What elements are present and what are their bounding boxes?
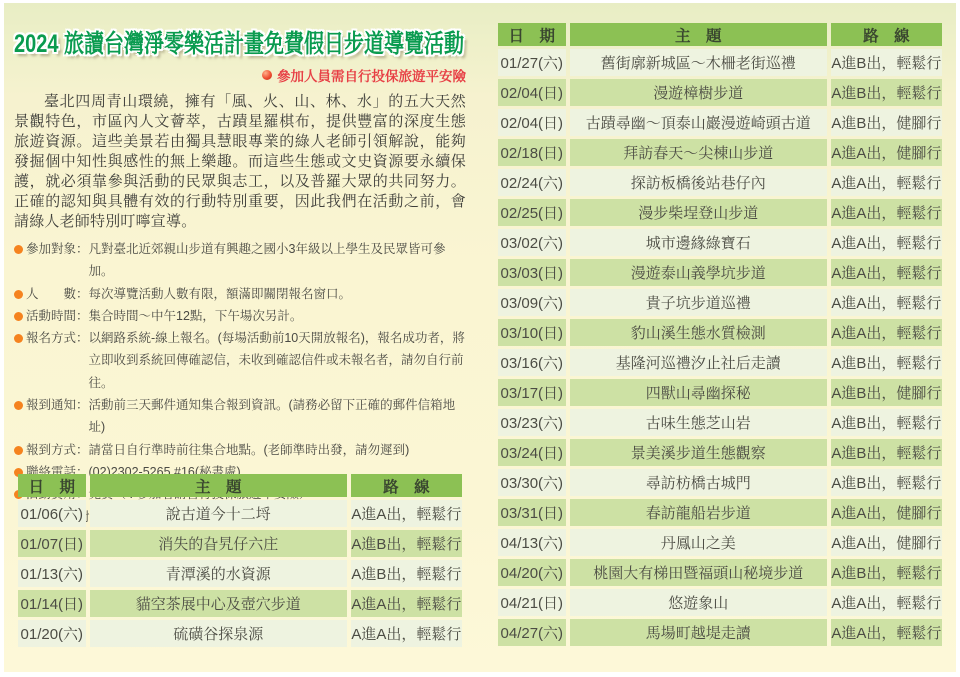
- orange-bullet-icon: [14, 290, 23, 299]
- page-title: 2024 旅讀台灣淨零樂活計畫免費假日步道導覽活動: [14, 24, 376, 60]
- theme-cell: 基隆河巡禮汐止社后走讀: [570, 349, 827, 376]
- date-cell: 03/10(日): [498, 319, 566, 346]
- theme-cell: 春訪龍船岩步道: [570, 499, 827, 526]
- date-cell: 02/24(六): [498, 169, 566, 196]
- table-row: 02/18(日)拜訪春天～尖棟山步道A進A出，健腳行: [498, 139, 942, 166]
- info-text: 活動前三天郵件通知集合報到資訊。(請務必留下正確的郵件信箱地址): [89, 394, 466, 439]
- theme-cell: 古蹟尋幽～頂泰山巖漫遊崎頭古道: [570, 109, 827, 136]
- date-cell: 02/04(日): [498, 79, 566, 106]
- info-text: 請當日自行準時前往集合地點。(老師準時出發，請勿遲到): [89, 439, 466, 461]
- theme-cell: 貴子坑步道巡禮: [570, 289, 827, 316]
- table-row: 01/13(六)青潭溪的水資源A進B出，輕鬆行: [18, 560, 462, 587]
- left-column: 2024 旅讀台灣淨零樂活計畫免費假日步道導覽活動 參加人員需自行投保旅遊平安險…: [14, 0, 466, 528]
- date-cell: 01/07(日): [18, 530, 86, 557]
- date-cell: 01/20(六): [18, 620, 86, 647]
- route-cell: A進A出，健腳行: [831, 529, 942, 556]
- route-cell: A進A出，輕鬆行: [351, 500, 462, 527]
- theme-cell: 硫磺谷探泉源: [90, 620, 347, 647]
- route-cell: A進A出，輕鬆行: [831, 619, 942, 646]
- info-label: 參加對象：: [26, 238, 89, 260]
- theme-cell: 尋訪枋橋古城門: [570, 469, 827, 496]
- info-item: 報到方式：請當日自行準時前往集合地點。(老師準時出發，請勿遲到): [14, 439, 466, 461]
- orange-bullet-icon: [14, 446, 23, 455]
- route-cell: A進A出，健腳行: [831, 139, 942, 166]
- route-cell: A進A出，輕鬆行: [831, 319, 942, 346]
- column-header: 路 線: [831, 23, 942, 46]
- table-row: 04/20(六)桃園大有梯田暨福頭山秘境步道A進B出，輕鬆行: [498, 559, 942, 586]
- orange-bullet-icon: [14, 245, 23, 254]
- info-item: 人 數：每次導覽活動人數有限，額滿即關閉報名窗口。: [14, 283, 466, 305]
- table-row: 02/04(日)漫遊樟樹步道A進B出，輕鬆行: [498, 79, 942, 106]
- route-cell: A進B出，輕鬆行: [831, 439, 942, 466]
- theme-cell: 漫步柴埕登山步道: [570, 199, 827, 226]
- table-row: 02/24(六)探訪板橋後站巷仔內A進A出，輕鬆行: [498, 169, 942, 196]
- table-row: 03/16(六)基隆河巡禮汐止社后走讀A進B出，輕鬆行: [498, 349, 942, 376]
- date-cell: 03/16(六): [498, 349, 566, 376]
- info-list: 參加對象：凡對臺北近郊親山步道有興趣之國小3年級以上學生及民眾皆可參加。人 數：…: [14, 238, 466, 506]
- route-cell: A進B出，輕鬆行: [351, 530, 462, 557]
- theme-cell: 貓空茶展中心及壺穴步道: [90, 590, 347, 617]
- info-label: 人 數：: [26, 283, 89, 305]
- info-text: 凡對臺北近郊親山步道有興趣之國小3年級以上學生及民眾皆可參加。: [89, 238, 466, 283]
- route-cell: A進B出，輕鬆行: [351, 560, 462, 587]
- theme-cell: 景美溪步道生態觀察: [570, 439, 827, 466]
- route-cell: A進B出，輕鬆行: [831, 409, 942, 436]
- route-cell: A進B出，健腳行: [831, 109, 942, 136]
- date-cell: 01/06(六): [18, 500, 86, 527]
- schedule-table-feb-apr: 日 期主 題路 線01/27(六)舊街廓新城區～木柵老街巡禮A進B出，輕鬆行02…: [494, 20, 946, 649]
- info-item: 報名方式：以網路系統-線上報名。(每場活動前10天開放報名)，報名成功者，將立即…: [14, 327, 466, 394]
- theme-cell: 漫遊樟樹步道: [570, 79, 827, 106]
- theme-cell: 拜訪春天～尖棟山步道: [570, 139, 827, 166]
- table-row: 03/02(六)城市邊緣綠寶石A進A出，輕鬆行: [498, 229, 942, 256]
- table-row: 01/20(六)硫磺谷探泉源A進A出，輕鬆行: [18, 620, 462, 647]
- route-cell: A進B出，輕鬆行: [831, 349, 942, 376]
- table-row: 03/09(六)貴子坑步道巡禮A進A出，輕鬆行: [498, 289, 942, 316]
- date-cell: 02/25(日): [498, 199, 566, 226]
- theme-cell: 探訪板橋後站巷仔內: [570, 169, 827, 196]
- table-row: 03/03(日)漫遊泰山義學坑步道A進A出，輕鬆行: [498, 259, 942, 286]
- route-cell: A進A出，輕鬆行: [831, 589, 942, 616]
- info-label: 活動時間：: [26, 305, 89, 327]
- theme-cell: 消失的旮旯仔六庄: [90, 530, 347, 557]
- route-cell: A進A出，輕鬆行: [831, 199, 942, 226]
- route-cell: A進A出，輕鬆行: [351, 620, 462, 647]
- theme-cell: 桃園大有梯田暨福頭山秘境步道: [570, 559, 827, 586]
- table-row: 01/06(六)說古道今十二埒A進A出，輕鬆行: [18, 500, 462, 527]
- theme-cell: 丹鳳山之美: [570, 529, 827, 556]
- info-item: 報到通知：活動前三天郵件通知集合報到資訊。(請務必留下正確的郵件信箱地址): [14, 394, 466, 439]
- route-cell: A進B出，輕鬆行: [831, 79, 942, 106]
- table-row: 02/25(日)漫步柴埕登山步道A進A出，輕鬆行: [498, 199, 942, 226]
- date-cell: 04/27(六): [498, 619, 566, 646]
- theme-cell: 漫遊泰山義學坑步道: [570, 259, 827, 286]
- date-cell: 03/23(六): [498, 409, 566, 436]
- info-item: 參加對象：凡對臺北近郊親山步道有興趣之國小3年級以上學生及民眾皆可參加。: [14, 238, 466, 283]
- table-row: 03/31(日)春訪龍船岩步道A進A出，健腳行: [498, 499, 942, 526]
- orange-bullet-icon: [14, 334, 23, 343]
- table-row: 04/13(六)丹鳳山之美A進A出，健腳行: [498, 529, 942, 556]
- table-row: 03/23(六)古味生態芝山岩A進B出，輕鬆行: [498, 409, 942, 436]
- date-cell: 01/13(六): [18, 560, 86, 587]
- table-row: 01/14(日)貓空茶展中心及壺穴步道A進A出，輕鬆行: [18, 590, 462, 617]
- info-label: 報名方式：: [26, 327, 89, 349]
- route-cell: A進A出，輕鬆行: [351, 590, 462, 617]
- date-cell: 02/18(日): [498, 139, 566, 166]
- table-row: 01/27(六)舊街廓新城區～木柵老街巡禮A進B出，輕鬆行: [498, 49, 942, 76]
- theme-cell: 馬場町越堤走讀: [570, 619, 827, 646]
- route-cell: A進A出，健腳行: [831, 499, 942, 526]
- column-header: 主 題: [90, 474, 347, 497]
- date-cell: 03/31(日): [498, 499, 566, 526]
- red-ball-icon: [262, 70, 272, 80]
- column-header: 路 線: [351, 474, 462, 497]
- route-cell: A進B出，輕鬆行: [831, 559, 942, 586]
- date-cell: 03/24(日): [498, 439, 566, 466]
- date-cell: 02/04(日): [498, 109, 566, 136]
- table-row: 03/30(六)尋訪枋橋古城門A進B出，輕鬆行: [498, 469, 942, 496]
- info-label: 報到方式：: [26, 439, 89, 461]
- table-row: 01/07(日)消失的旮旯仔六庄A進B出，輕鬆行: [18, 530, 462, 557]
- date-cell: 04/13(六): [498, 529, 566, 556]
- table-row: 04/21(日)悠遊象山A進A出，輕鬆行: [498, 589, 942, 616]
- date-cell: 01/14(日): [18, 590, 86, 617]
- table-row: 03/17(日)四獸山尋幽探秘A進B出，健腳行: [498, 379, 942, 406]
- date-cell: 03/03(日): [498, 259, 566, 286]
- date-cell: 04/20(六): [498, 559, 566, 586]
- orange-bullet-icon: [14, 401, 23, 410]
- table-row: 03/24(日)景美溪步道生態觀察A進B出，輕鬆行: [498, 439, 942, 466]
- theme-cell: 說古道今十二埒: [90, 500, 347, 527]
- table-row: 03/10(日)豹山溪生態水質檢測A進A出，輕鬆行: [498, 319, 942, 346]
- theme-cell: 四獸山尋幽探秘: [570, 379, 827, 406]
- table-row: 04/27(六)馬場町越堤走讀A進A出，輕鬆行: [498, 619, 942, 646]
- date-cell: 03/02(六): [498, 229, 566, 256]
- route-cell: A進A出，輕鬆行: [831, 229, 942, 256]
- route-cell: A進A出，輕鬆行: [831, 169, 942, 196]
- table-header-row: 日 期主 題路 線: [498, 23, 942, 46]
- insurance-notice: 參加人員需自行投保旅遊平安險: [14, 65, 466, 85]
- route-cell: A進B出，輕鬆行: [831, 49, 942, 76]
- info-item: 活動時間：集合時間～中午12點，下午場次另計。: [14, 305, 466, 327]
- info-text: 集合時間～中午12點，下午場次另計。: [89, 305, 466, 327]
- theme-cell: 豹山溪生態水質檢測: [570, 319, 827, 346]
- theme-cell: 古味生態芝山岩: [570, 409, 827, 436]
- date-cell: 03/17(日): [498, 379, 566, 406]
- theme-cell: 城市邊緣綠寶石: [570, 229, 827, 256]
- theme-cell: 舊街廓新城區～木柵老街巡禮: [570, 49, 827, 76]
- route-cell: A進B出，輕鬆行: [831, 469, 942, 496]
- info-text: 每次導覽活動人數有限，額滿即關閉報名窗口。: [89, 283, 466, 305]
- date-cell: 04/21(日): [498, 589, 566, 616]
- theme-cell: 悠遊象山: [570, 589, 827, 616]
- route-cell: A進A出，輕鬆行: [831, 289, 942, 316]
- date-cell: 03/09(六): [498, 289, 566, 316]
- info-text: 以網路系統-線上報名。(每場活動前10天開放報名)，報名成功者，將立即收到系統回…: [89, 327, 466, 394]
- orange-bullet-icon: [14, 312, 23, 321]
- date-cell: 01/27(六): [498, 49, 566, 76]
- column-header: 主 題: [570, 23, 827, 46]
- insurance-notice-text: 參加人員需自行投保旅遊平安險: [277, 65, 466, 85]
- schedule-table-january: 日 期主 題路 線01/06(六)說古道今十二埒A進A出，輕鬆行01/07(日)…: [14, 471, 466, 650]
- table-row: 02/04(日)古蹟尋幽～頂泰山巖漫遊崎頭古道A進B出，健腳行: [498, 109, 942, 136]
- info-label: 報到通知：: [26, 394, 89, 416]
- date-cell: 03/30(六): [498, 469, 566, 496]
- intro-paragraph: 臺北四周青山環繞，擁有「風、火、山、林、水」的五大天然景觀特色，市區內人文薈萃，…: [14, 92, 466, 232]
- table-header-row: 日 期主 題路 線: [18, 474, 462, 497]
- route-cell: A進B出，健腳行: [831, 379, 942, 406]
- column-header: 日 期: [498, 23, 566, 46]
- route-cell: A進A出，輕鬆行: [831, 259, 942, 286]
- column-header: 日 期: [18, 474, 86, 497]
- theme-cell: 青潭溪的水資源: [90, 560, 347, 587]
